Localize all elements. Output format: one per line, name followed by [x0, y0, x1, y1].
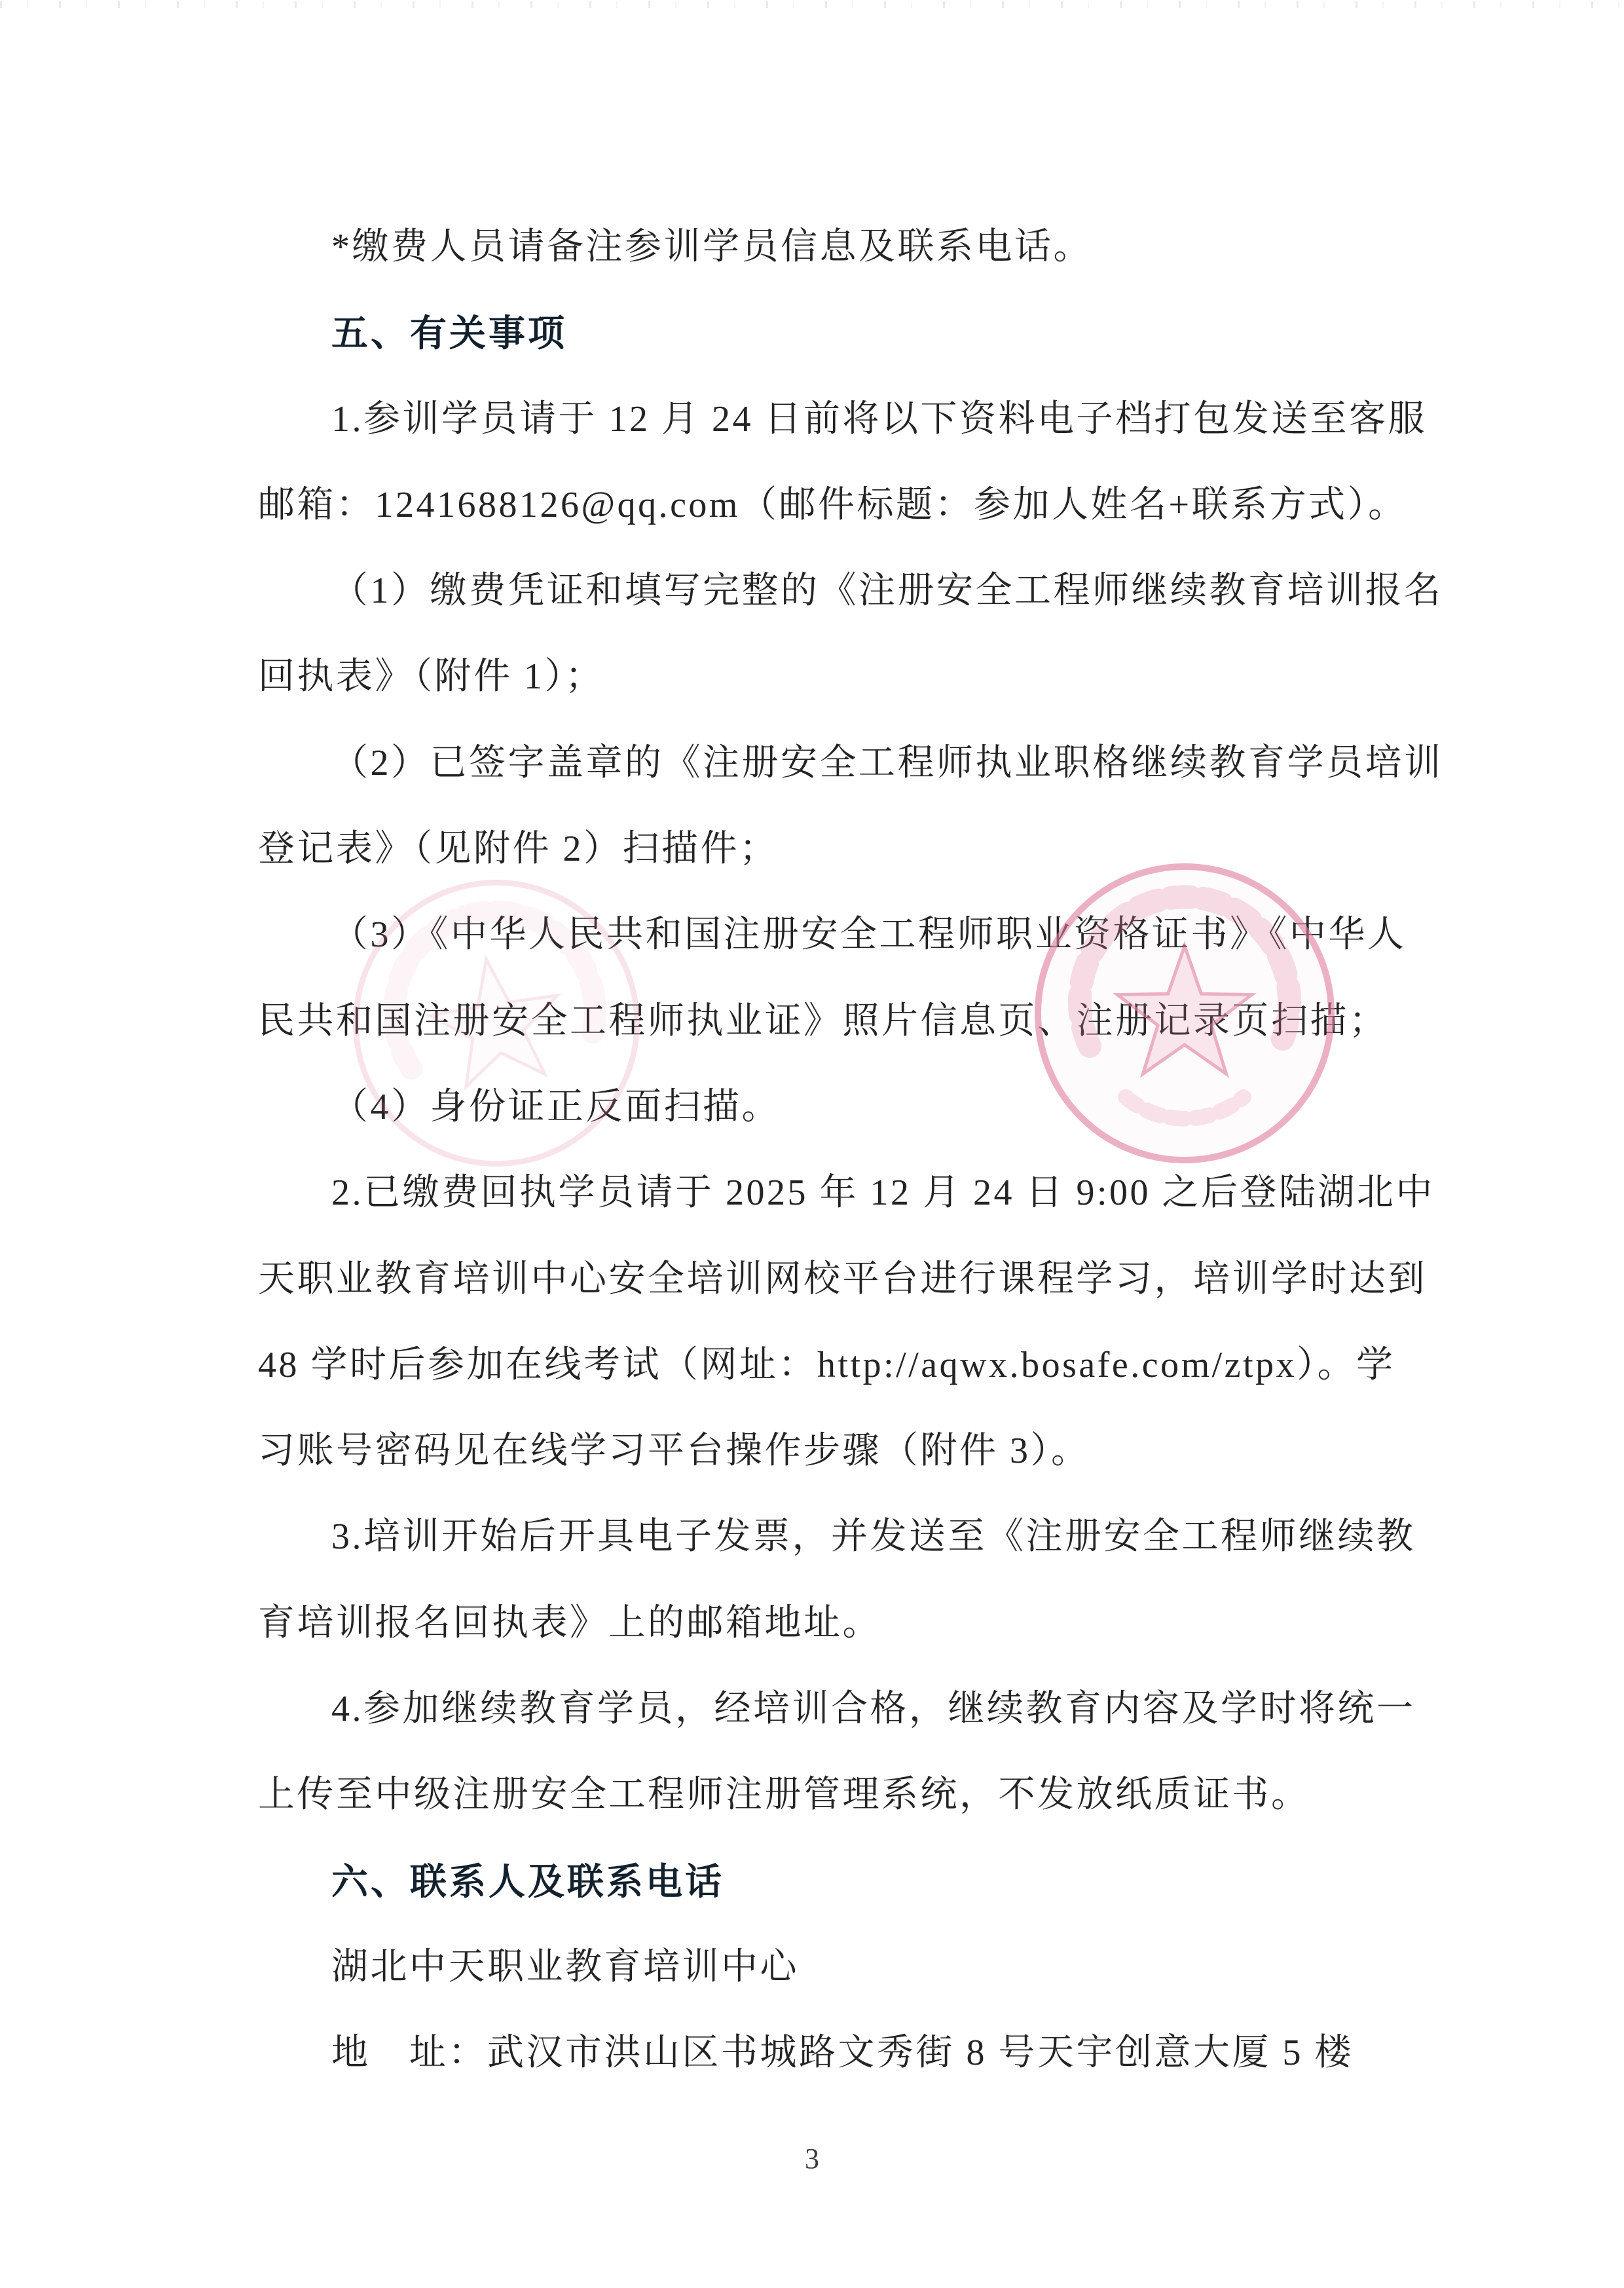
note-line: *缴费人员请备注参训学员信息及联系电话。: [258, 204, 1460, 290]
document-body: *缴费人员请备注参训学员信息及联系电话。 五、有关事项 1.参训学员请于 12 …: [258, 204, 1460, 2097]
contact-address-line: 地 址：武汉市洪山区书城路文秀街 8 号天宇创意大厦 5 楼: [258, 2010, 1460, 2096]
paragraph-line: 登记表》（见附件 2）扫描件；: [258, 806, 1460, 892]
document-page: *缴费人员请备注参训学员信息及联系电话。 五、有关事项 1.参训学员请于 12 …: [0, 0, 1624, 2288]
paragraph-line: 3.培训开始后开具电子发票，并发送至《注册安全工程师继续教: [258, 1494, 1460, 1580]
paragraph-line: 4.参加继续教育学员，经培训合格，继续教育内容及学时将统一: [258, 1666, 1460, 1752]
paragraph-line: 上传至中级注册安全工程师注册管理系统，不发放纸质证书。: [258, 1752, 1460, 1838]
paragraph-line: （4）身份证正反面扫描。: [258, 1064, 1460, 1150]
paragraph-line: （3）《中华人民共和国注册安全工程师职业资格证书》《中华人: [258, 892, 1460, 978]
contact-org-line: 湖北中天职业教育培训中心: [258, 1924, 1460, 2010]
section-heading-6: 六、联系人及联系电话: [258, 1839, 1460, 1924]
paragraph-line: 1.参训学员请于 12 月 24 日前将以下资料电子档打包发送至客服: [258, 377, 1460, 462]
paragraph-line: 2.已缴费回执学员请于 2025 年 12 月 24 日 9:00 之后登陆湖北…: [258, 1150, 1460, 1236]
paragraph-line: 邮箱：1241688126@qq.com（邮件标题：参加人姓名+联系方式）。: [258, 462, 1460, 548]
paragraph-line: （1）缴费凭证和填写完整的《注册安全工程师继续教育培训报名: [258, 548, 1460, 634]
paragraph-line: 习账号密码见在线学习平台操作步骤（附件 3）。: [258, 1408, 1460, 1494]
paragraph-line: 育培训报名回执表》上的邮箱地址。: [258, 1581, 1460, 1666]
paragraph-line: 天职业教育培训中心安全培训网校平台进行课程学习，培训学时达到: [258, 1237, 1460, 1322]
scan-noise-artifact: [0, 1, 1624, 8]
paragraph-line: 民共和国注册安全工程师执业证》照片信息页、注册记录页扫描；: [258, 979, 1460, 1064]
section-heading-5: 五、有关事项: [258, 290, 1460, 376]
paragraph-line: （2）已签字盖章的《注册安全工程师执业职格继续教育学员培训: [258, 721, 1460, 806]
paragraph-line: 48 学时后参加在线考试（网址：http://aqwx.bosafe.com/z…: [258, 1322, 1460, 1408]
paragraph-line: 回执表》（附件 1）；: [258, 634, 1460, 720]
page-number: 3: [0, 2143, 1624, 2175]
